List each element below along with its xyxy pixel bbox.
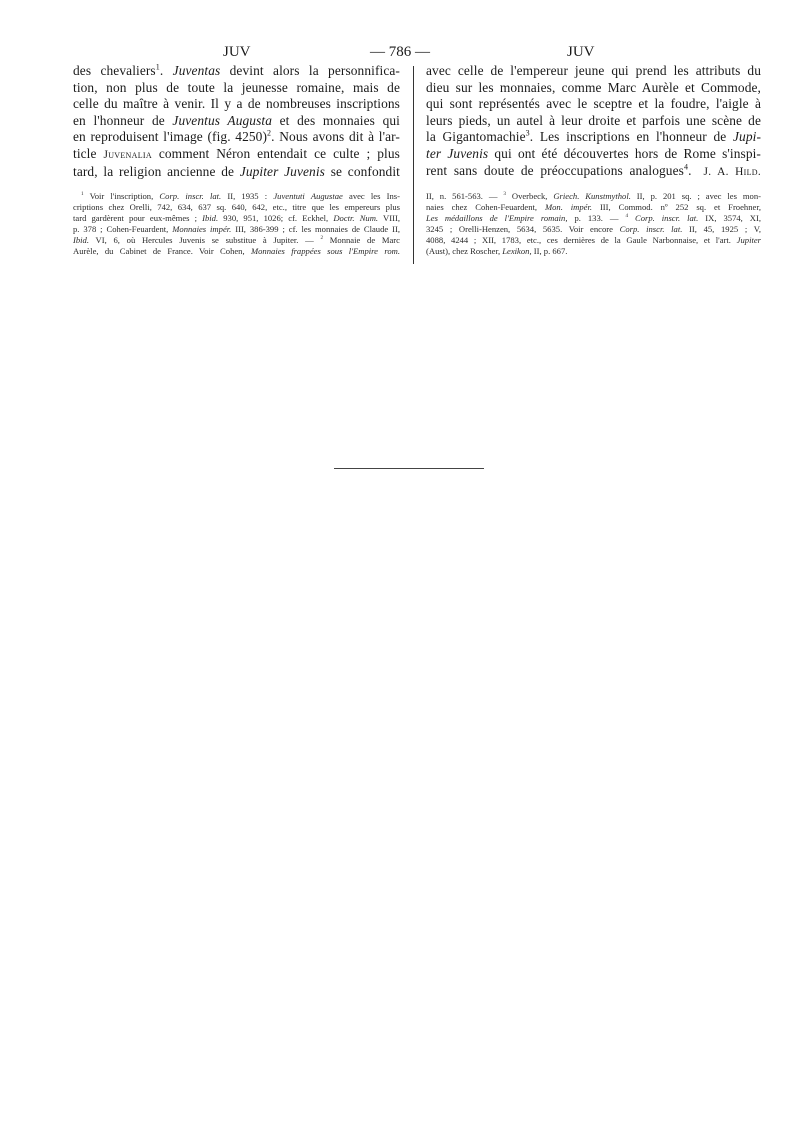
footnote-line: Ibid. VI, 6, où Hercules Juvenis se subs…	[73, 235, 400, 246]
text-line: la Gigantomachie3. Les inscriptions en l…	[426, 129, 761, 146]
text-line: tion, non plus de toute la jeunesse roma…	[73, 80, 400, 97]
left-footnotes: 1 Voir l'inscription, Corp. inscr. lat. …	[73, 191, 400, 257]
header-left-keyword: JUV	[223, 44, 251, 61]
right-body-text: avec celle de l'empereur jeune qui prend…	[426, 63, 761, 180]
author-signature: J. A. Hild.	[704, 166, 762, 178]
footnote-line: p. 378 ; Cohen-Feuardent, Monnaies impér…	[73, 224, 400, 235]
left-column: des chevaliers1. Juventas devint alors l…	[73, 63, 400, 257]
column-divider	[413, 66, 414, 264]
page-number: — 786 —	[370, 44, 430, 61]
footnote-line: (Aust), chez Roscher, Lexikon, II, p. 66…	[426, 246, 761, 257]
text-line: leurs pieds, un autel à leur droite et p…	[426, 113, 761, 130]
section-end-rule	[334, 468, 484, 469]
footnote-line: II, n. 561-563. — 3 Overbeck, Griech. Ku…	[426, 191, 761, 202]
text-line: avec celle de l'empereur jeune qui prend…	[426, 63, 761, 80]
right-column: avec celle de l'empereur jeune qui prend…	[426, 63, 761, 257]
footnote-line: 3245 ; Orelli-Henzen, 5634, 5635. Voir e…	[426, 224, 761, 235]
text-line: en reproduisent l'image (fig. 4250)2. No…	[73, 129, 400, 146]
footnote-line: 1 Voir l'inscription, Corp. inscr. lat. …	[73, 191, 400, 202]
text-line: dieu sur les monnaies, comme Marc Aurèle…	[426, 80, 761, 97]
footnote-line: criptions chez Orelli, 742, 634, 637 sq.…	[73, 202, 400, 213]
footnote-line: Aurèle, du Cabinet de France. Voir Cohen…	[73, 246, 400, 257]
text-line: tard, la religion ancienne de Jupiter Ju…	[73, 164, 400, 181]
running-header: JUV — 786 — JUV	[0, 44, 800, 64]
text-line: celle du maître à venir. Il y a de nombr…	[73, 96, 400, 113]
header-right-keyword: JUV	[567, 44, 595, 61]
text-line: en l'honneur de Juventus Augusta et des …	[73, 113, 400, 130]
footnote-line: Les médaillons de l'Empire romain, p. 13…	[426, 213, 761, 224]
footnote-line: tard gardèrent pour eux-mêmes ; Ibid. 93…	[73, 213, 400, 224]
text-line: des chevaliers1. Juventas devint alors l…	[73, 63, 400, 80]
footnote-line: naies chez Cohen-Feuardent, Mon. impér. …	[426, 202, 761, 213]
text-line: ticle Juvenalia comment Néron entendait …	[73, 146, 400, 164]
left-body-text: des chevaliers1. Juventas devint alors l…	[73, 63, 400, 180]
right-footnotes: II, n. 561-563. — 3 Overbeck, Griech. Ku…	[426, 191, 761, 257]
text-line: ter Juvenis qui ont été découvertes hors…	[426, 146, 761, 163]
footnote-line: 4088, 4244 ; XII, 1783, etc., ces derniè…	[426, 235, 761, 246]
text-line: qui sont représentés avec le sceptre et …	[426, 96, 761, 113]
cross-reference[interactable]: Juvenalia	[103, 149, 151, 161]
text-line: rent sans doute de préoccupations analog…	[426, 163, 761, 181]
